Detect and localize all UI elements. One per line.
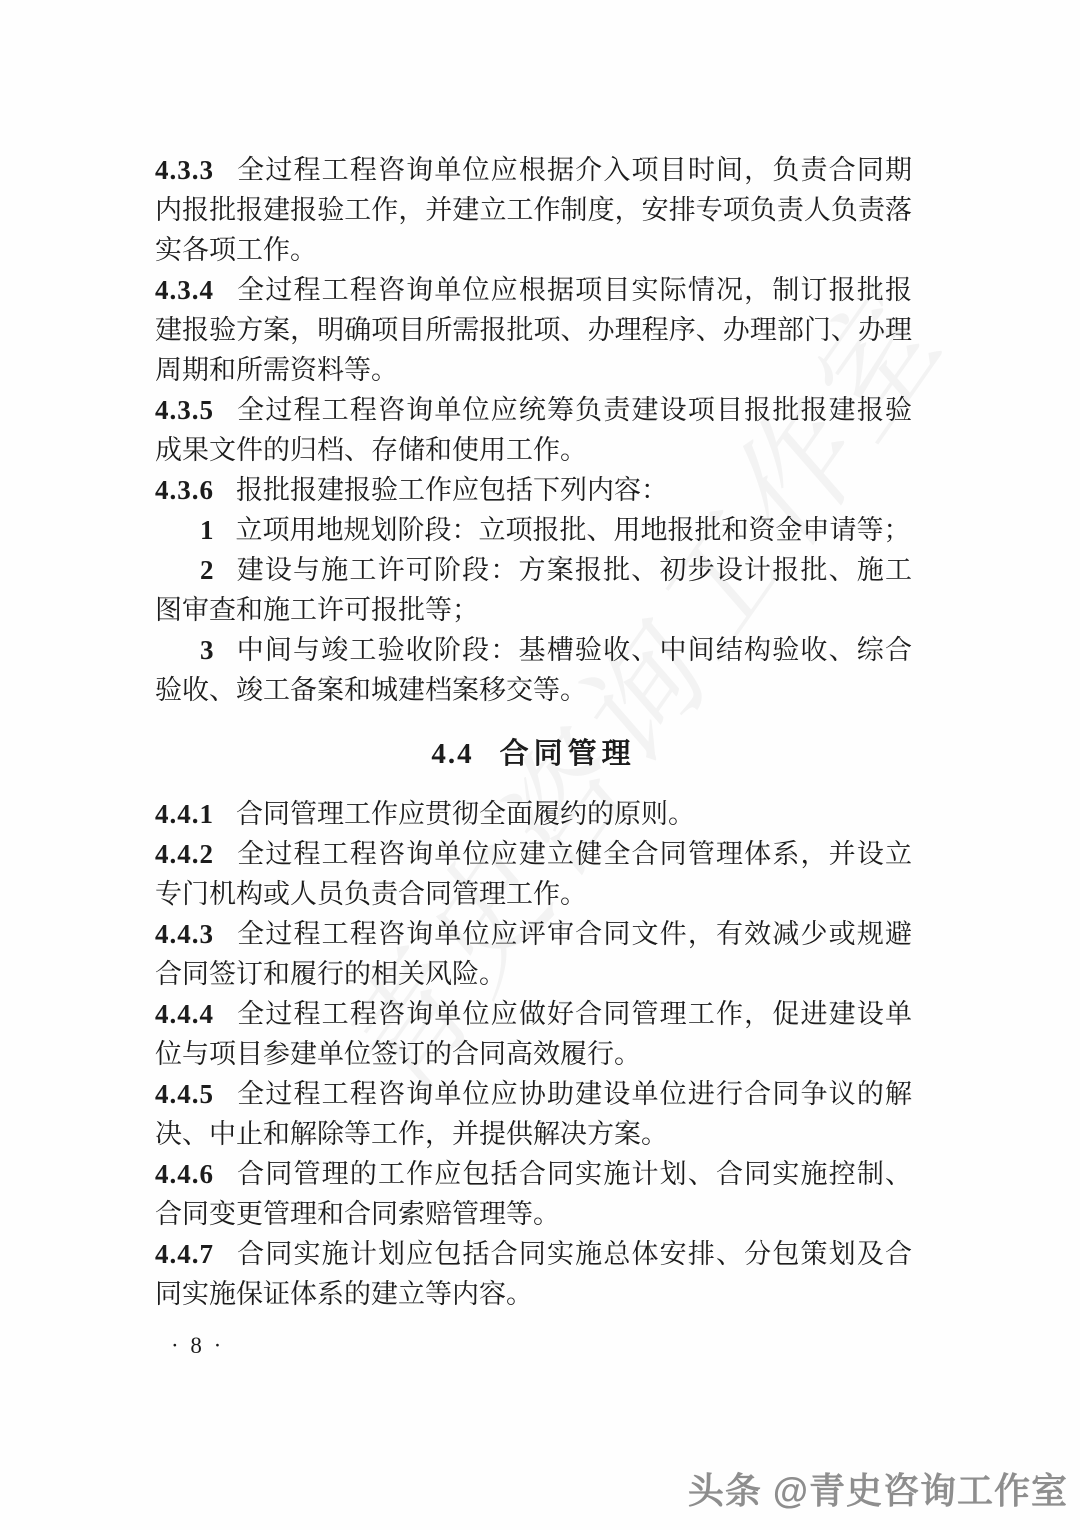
footer-watermark: 头条 @青史咨询工作室 <box>688 1463 1068 1514</box>
clause-text: 合同签订和履行的相关风险。 <box>155 959 506 989</box>
clause-number: 4.3.4 <box>155 275 214 305</box>
document-page: 青史咨询工作室 4.3.3全过程工程咨询单位应根据介入项目时间，负责合同期 内报… <box>0 0 1080 1530</box>
clause-line: 内报批报建报验工作，并建立工作制度，安排专项负责人负责落 <box>155 190 912 230</box>
clause-line: 实各项工作。 <box>155 230 912 270</box>
clause-line: 4.3.3全过程工程咨询单位应根据介入项目时间，负责合同期 <box>155 150 912 190</box>
item-line: 图审查和施工许可报批等； <box>155 590 912 630</box>
item-line: 1立项用地规划阶段：立项报批、用地报批和资金申请等； <box>155 510 912 550</box>
list-item-3: 3中间与竣工验收阶段：基槽验收、中间结构验收、综合 验收、竣工备案和城建档案移交… <box>155 630 912 710</box>
clause-4-4-5: 4.4.5全过程工程咨询单位应协助建设单位进行合同争议的解 决、中止和解除等工作… <box>155 1074 912 1154</box>
clause-text: 专门机构或人员负责合同管理工作。 <box>155 879 587 909</box>
clause-line: 合同签订和履行的相关风险。 <box>155 954 912 994</box>
clause-text: 决、中止和解除等工作，并提供解决方案。 <box>155 1119 668 1149</box>
clause-text: 报批报建报验工作应包括下列内容： <box>236 475 668 505</box>
clause-line: 4.4.2全过程工程咨询单位应建立健全合同管理体系，并设立 <box>155 834 912 874</box>
clause-line: 4.4.6合同管理的工作应包括合同实施计划、合同实施控制、 <box>155 1154 912 1194</box>
clause-line: 4.4.4全过程工程咨询单位应做好合同管理工作，促进建设单 <box>155 994 912 1034</box>
clause-line: 4.3.6报批报建报验工作应包括下列内容： <box>155 470 912 510</box>
clause-line: 4.4.3全过程工程咨询单位应评审合同文件，有效减少或规避 <box>155 914 912 954</box>
clause-4-4-7: 4.4.7合同实施计划应包括合同实施总体安排、分包策划及合 同实施保证体系的建立… <box>155 1234 912 1314</box>
clause-number: 4.4.7 <box>155 1239 214 1269</box>
list-item-2: 2建设与施工许可阶段：方案报批、初步设计报批、施工 图审查和施工许可报批等； <box>155 550 912 630</box>
clause-number: 4.3.6 <box>155 475 214 505</box>
clause-line: 位与项目参建单位签订的合同高效履行。 <box>155 1034 912 1074</box>
clause-text: 全过程工程咨询单位应做好合同管理工作，促进建设单 <box>236 999 912 1029</box>
clause-text: 全过程工程咨询单位应协助建设单位进行合同争议的解 <box>236 1079 912 1109</box>
item-line: 2建设与施工许可阶段：方案报批、初步设计报批、施工 <box>155 550 912 590</box>
clause-4-3-4: 4.3.4全过程工程咨询单位应根据项目实际情况，制订报批报 建报验方案，明确项目… <box>155 270 912 390</box>
clause-text: 合同管理工作应贯彻全面履约的原则。 <box>236 799 695 829</box>
clause-4-4-3: 4.4.3全过程工程咨询单位应评审合同文件，有效减少或规避 合同签订和履行的相关… <box>155 914 912 994</box>
clause-line: 成果文件的归档、存储和使用工作。 <box>155 430 912 470</box>
clause-line: 4.3.4全过程工程咨询单位应根据项目实际情况，制订报批报 <box>155 270 912 310</box>
clause-text: 全过程工程咨询单位应根据项目实际情况，制订报批报 <box>236 275 912 305</box>
clause-text: 全过程工程咨询单位应统筹负责建设项目报批报建报验 <box>236 395 912 425</box>
clause-number: 4.4.5 <box>155 1079 214 1109</box>
item-number: 1 <box>200 515 214 545</box>
clause-4-3-5: 4.3.5全过程工程咨询单位应统筹负责建设项目报批报建报验 成果文件的归档、存储… <box>155 390 912 470</box>
clause-4-3-3: 4.3.3全过程工程咨询单位应根据介入项目时间，负责合同期 内报批报建报验工作，… <box>155 150 912 270</box>
clause-line: 合同变更管理和合同索赔管理等。 <box>155 1194 912 1234</box>
clause-text: 全过程工程咨询单位应根据介入项目时间，负责合同期 <box>236 155 912 185</box>
item-text: 图审查和施工许可报批等； <box>155 595 479 625</box>
page-number: · 8 · <box>155 1326 912 1366</box>
clause-text: 合同变更管理和合同索赔管理等。 <box>155 1199 560 1229</box>
clause-line: 同实施保证体系的建立等内容。 <box>155 1274 912 1314</box>
clause-text: 建报验方案，明确项目所需报批项、办理程序、办理部门、办理 <box>155 315 912 345</box>
item-text: 中间与竣工验收阶段：基槽验收、中间结构验收、综合 <box>236 635 913 665</box>
clause-number: 4.4.4 <box>155 999 214 1029</box>
clause-text: 内报批报建报验工作，并建立工作制度，安排专项负责人负责落 <box>155 195 912 225</box>
clause-number: 4.4.6 <box>155 1159 214 1189</box>
item-number: 2 <box>200 555 214 585</box>
clause-line: 4.4.7合同实施计划应包括合同实施总体安排、分包策划及合 <box>155 1234 912 1274</box>
clause-number: 4.3.3 <box>155 155 214 185</box>
clause-line: 4.4.5全过程工程咨询单位应协助建设单位进行合同争议的解 <box>155 1074 912 1114</box>
clause-number: 4.4.2 <box>155 839 214 869</box>
page-content: 4.3.3全过程工程咨询单位应根据介入项目时间，负责合同期 内报批报建报验工作，… <box>155 150 912 1366</box>
clause-number: 4.4.1 <box>155 799 214 829</box>
section-heading-title: 合同管理 <box>500 738 636 770</box>
clause-4-4-4: 4.4.4全过程工程咨询单位应做好合同管理工作，促进建设单 位与项目参建单位签订… <box>155 994 912 1074</box>
clause-text: 全过程工程咨询单位应建立健全合同管理体系，并设立 <box>236 839 912 869</box>
clause-4-3-6: 4.3.6报批报建报验工作应包括下列内容： <box>155 470 912 510</box>
item-text: 立项用地规划阶段：立项报批、用地报批和资金申请等； <box>236 515 911 545</box>
clause-text: 实各项工作。 <box>155 235 317 265</box>
item-line: 3中间与竣工验收阶段：基槽验收、中间结构验收、综合 <box>155 630 912 670</box>
clause-text: 周期和所需资料等。 <box>155 355 398 385</box>
clause-line: 周期和所需资料等。 <box>155 350 912 390</box>
clause-line: 4.3.5全过程工程咨询单位应统筹负责建设项目报批报建报验 <box>155 390 912 430</box>
clause-text: 成果文件的归档、存储和使用工作。 <box>155 435 587 465</box>
clause-line: 专门机构或人员负责合同管理工作。 <box>155 874 912 914</box>
clause-text: 合同实施计划应包括合同实施总体安排、分包策划及合 <box>236 1239 912 1269</box>
item-number: 3 <box>200 635 214 665</box>
section-heading-number: 4.4 <box>431 738 473 770</box>
item-text: 验收、竣工备案和城建档案移交等。 <box>155 675 587 705</box>
section-heading: 4.4合同管理 <box>155 734 912 774</box>
clause-number: 4.3.5 <box>155 395 214 425</box>
clause-line: 决、中止和解除等工作，并提供解决方案。 <box>155 1114 912 1154</box>
clause-text: 位与项目参建单位签订的合同高效履行。 <box>155 1039 641 1069</box>
clause-4-4-6: 4.4.6合同管理的工作应包括合同实施计划、合同实施控制、 合同变更管理和合同索… <box>155 1154 912 1234</box>
clause-line: 建报验方案，明确项目所需报批项、办理程序、办理部门、办理 <box>155 310 912 350</box>
clause-text: 同实施保证体系的建立等内容。 <box>155 1279 533 1309</box>
clause-text: 全过程工程咨询单位应评审合同文件，有效减少或规避 <box>236 919 912 949</box>
clause-4-4-2: 4.4.2全过程工程咨询单位应建立健全合同管理体系，并设立 专门机构或人员负责合… <box>155 834 912 914</box>
item-text: 建设与施工许可阶段：方案报批、初步设计报批、施工 <box>236 555 913 585</box>
clause-number: 4.4.3 <box>155 919 214 949</box>
list-item-1: 1立项用地规划阶段：立项报批、用地报批和资金申请等； <box>155 510 912 550</box>
clause-text: 合同管理的工作应包括合同实施计划、合同实施控制、 <box>236 1159 912 1189</box>
item-line: 验收、竣工备案和城建档案移交等。 <box>155 670 912 710</box>
clause-line: 4.4.1合同管理工作应贯彻全面履约的原则。 <box>155 794 912 834</box>
clause-4-4-1: 4.4.1合同管理工作应贯彻全面履约的原则。 <box>155 794 912 834</box>
